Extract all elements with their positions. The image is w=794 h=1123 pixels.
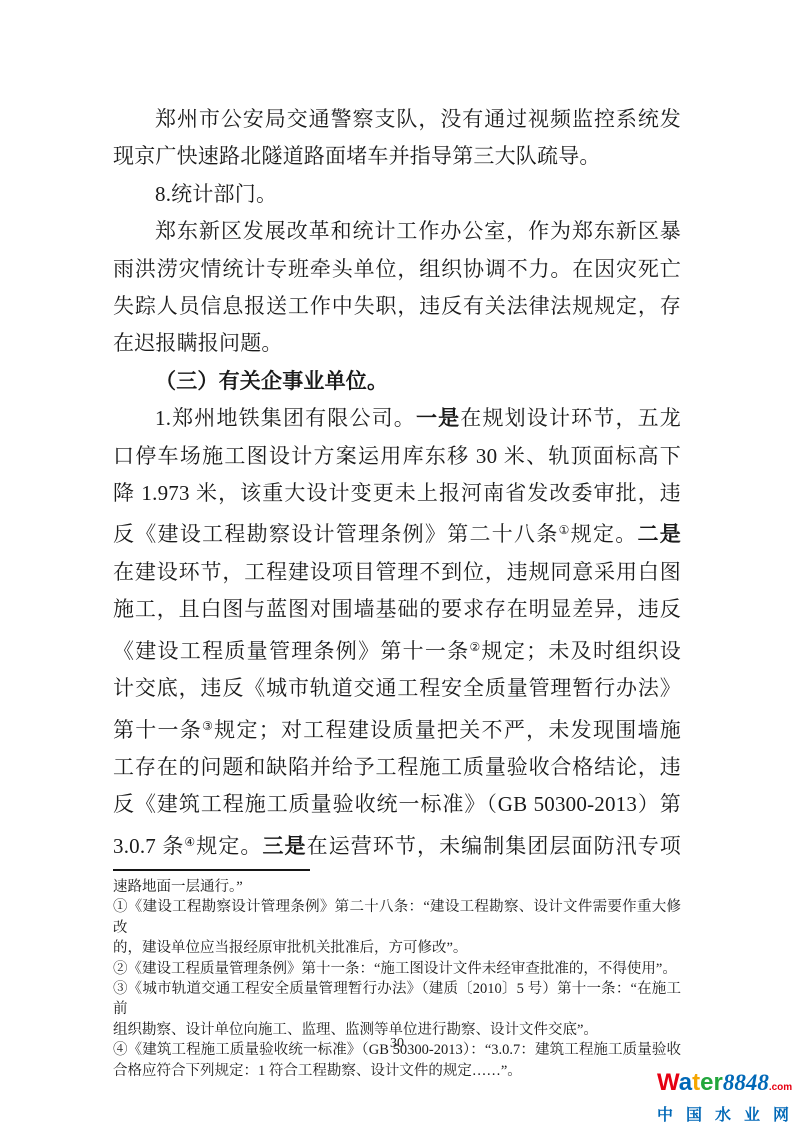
body-line: 在建设环节，工程建设项目管理不到位，违规同意采用白图	[113, 554, 681, 591]
text-segment: 规定；未及时组织设	[482, 639, 681, 663]
text-segment: 计交底，违反《城市轨道交通工程安全质量管理暂行办法》	[113, 676, 681, 700]
text-segment: 失踪人员信息报送工作中失职，违反有关法律法规规定，存	[113, 294, 681, 318]
footnote-reference: ①	[559, 523, 571, 537]
footnote-line: 合格应符合下列规定：1 符合工程勘察、设计文件的规定……”。	[113, 1061, 681, 1081]
text-segment: 的，建设单位应当报经原审批机关批准后，方可修改”。	[113, 940, 467, 956]
text-segment: 规定。	[571, 522, 638, 546]
logo-subtitle: 中国水业网	[657, 1102, 794, 1123]
logo-letter: e	[700, 1069, 713, 1096]
text-segment: 第十一条	[113, 718, 202, 742]
text-segment: 郑州市公安局交通警察支队，没有通过视频监控系统发	[155, 107, 681, 131]
document-page: 郑州市公安局交通警察支队，没有通过视频监控系统发现京广快速路北隧道路面堵车并指导…	[0, 0, 794, 1123]
body-line: 郑州市公安局交通警察支队，没有通过视频监控系统发	[113, 101, 681, 138]
logo-letter: t	[692, 1069, 700, 1096]
body-line: 计交底，违反《城市轨道交通工程安全质量管理暂行办法》	[113, 670, 681, 707]
bold-text: 三是	[262, 835, 306, 858]
bold-text: 二是	[638, 523, 681, 546]
body-line: 3.0.7 条④规定。三是在运营环节，未编制集团层面防汛专项	[113, 824, 681, 865]
body-line: 现京广快速路北隧道路面堵车并指导第三大队疏导。	[113, 138, 681, 175]
footnote-line: 的，建设单位应当报经原审批机关批准后，方可修改”。	[113, 938, 681, 958]
body-line: 1.郑州地铁集团有限公司。一是在规划设计环节，五龙	[113, 400, 681, 437]
page-number: 30	[0, 1036, 794, 1052]
text-segment: 规定；对工程建设质量把关不严，未发现围墙施	[214, 718, 681, 742]
logo-tld: .com	[769, 1082, 792, 1093]
text-segment: 3.0.7 条	[113, 834, 184, 858]
text-segment: 口停车场施工图设计方案运用库东移 30 米、轨顶面标高下	[113, 444, 681, 468]
text-segment: 在建设环节，工程建设项目管理不到位，违规同意采用白图	[113, 560, 681, 584]
text-segment: 在运营环节，未编制集团层面防汛专项	[307, 834, 681, 858]
body-line: 反《建筑工程施工质量验收统一标准》（GB 50300-2013）第	[113, 786, 681, 823]
body-line: 降 1.973 米，该重大设计变更未上报河南省发改委审批，违	[113, 475, 681, 512]
water8848-logo: Water8848.com 中国水业网	[657, 1071, 793, 1123]
footnote-separator	[113, 869, 310, 871]
logo-water-letters: Water	[657, 1069, 723, 1096]
footnote-line: ②《建设工程质量管理条例》第十一条：“施工图设计文件未经审查批准的，不得使用”。	[113, 959, 681, 979]
footnote-line: 速路地面一层通行。”	[113, 877, 681, 897]
body-line: 工存在的问题和缺陷并给予工程施工质量验收合格结论，违	[113, 749, 681, 786]
body-line: 《建设工程质量管理条例》第十一条②规定；未及时组织设	[113, 629, 681, 670]
bold-text: 一是	[416, 407, 460, 430]
text-segment: 降 1.973 米，该重大设计变更未上报河南省发改委审批，违	[113, 481, 681, 505]
body-line: 失踪人员信息报送工作中失职，违反有关法律法规规定，存	[113, 288, 681, 325]
body-line: 第十一条③规定；对工程建设质量把关不严，未发现围墙施	[113, 708, 681, 749]
text-segment: 雨洪涝灾情统计专班牵头单位，组织协调不力。在因灾死亡	[113, 257, 681, 281]
footnote-reference: ③	[202, 719, 214, 733]
body-line: 口停车场施工图设计方案运用库东移 30 米、轨顶面标高下	[113, 438, 681, 475]
text-segment: 规定。	[196, 834, 262, 858]
text-segment: ①《建设工程勘察设计管理条例》第二十八条：“建设工程勘察、设计文件需要作重大修改	[113, 899, 681, 935]
body-line: 施工，且白图与蓝图对围墙基础的要求存在明显差异，违反	[113, 591, 681, 628]
logo-letter: a	[679, 1069, 692, 1096]
text-segment: 《建设工程质量管理条例》第十一条	[113, 639, 470, 663]
text-segment: 8.统计部门。	[155, 182, 277, 206]
text-segment: 速路地面一层通行。”	[113, 879, 243, 895]
body-line: （三）有关企事业单位。	[113, 363, 681, 400]
text-segment: 在迟报瞒报问题。	[113, 331, 283, 355]
text-segment: ③《城市轨道交通工程安全质量管理暂行办法》（建质〔2010〕5 号）第十一条：“…	[113, 981, 681, 1017]
text-segment: 现京广快速路北隧道路面堵车并指导第三大队疏导。	[113, 144, 601, 168]
text-segment: 工存在的问题和缺陷并给予工程施工质量验收合格结论，违	[113, 755, 681, 779]
text-segment: 反《建筑工程施工质量验收统一标准》（GB 50300-2013）第	[113, 792, 681, 816]
text-segment: ②《建设工程质量管理条例》第十一条：“施工图设计文件未经审查批准的，不得使用”。	[113, 961, 677, 977]
bold-text: （三）有关企事业单位。	[155, 370, 388, 393]
text-segment: 在规划设计环节，五龙	[460, 406, 681, 430]
text-segment: 1.郑州地铁集团有限公司。	[155, 406, 416, 430]
logo-letter: r	[713, 1069, 722, 1096]
text-segment: 反《建设工程勘察设计管理条例》第二十八条	[113, 522, 559, 546]
body-line: 在迟报瞒报问题。	[113, 325, 681, 362]
logo-number: 8848	[723, 1070, 769, 1095]
text-segment: 施工，且白图与蓝图对围墙基础的要求存在明显差异，违反	[113, 597, 681, 621]
footnote-reference: ②	[470, 640, 482, 654]
body-line: 雨洪涝灾情统计专班牵头单位，组织协调不力。在因灾死亡	[113, 251, 681, 288]
text-segment: 合格应符合下列规定：1 符合工程勘察、设计文件的规定……”。	[113, 1063, 522, 1079]
body-line: 郑东新区发展改革和统计工作办公室，作为郑东新区暴	[113, 213, 681, 250]
logo-wordmark: Water8848.com	[657, 1071, 793, 1100]
body-line: 8.统计部门。	[113, 176, 681, 213]
footnote-reference: ④	[184, 835, 196, 849]
body-line: 反《建设工程勘察设计管理条例》第二十八条①规定。二是	[113, 512, 681, 553]
footnote-line: ③《城市轨道交通工程安全质量管理暂行办法》（建质〔2010〕5 号）第十一条：“…	[113, 979, 681, 1020]
logo-letter: W	[657, 1069, 679, 1096]
text-segment: 郑东新区发展改革和统计工作办公室，作为郑东新区暴	[155, 219, 681, 243]
footnote-line: ①《建设工程勘察设计管理条例》第二十八条：“建设工程勘察、设计文件需要作重大修改	[113, 897, 681, 938]
body-text: 郑州市公安局交通警察支队，没有通过视频监控系统发现京广快速路北隧道路面堵车并指导…	[113, 101, 681, 865]
